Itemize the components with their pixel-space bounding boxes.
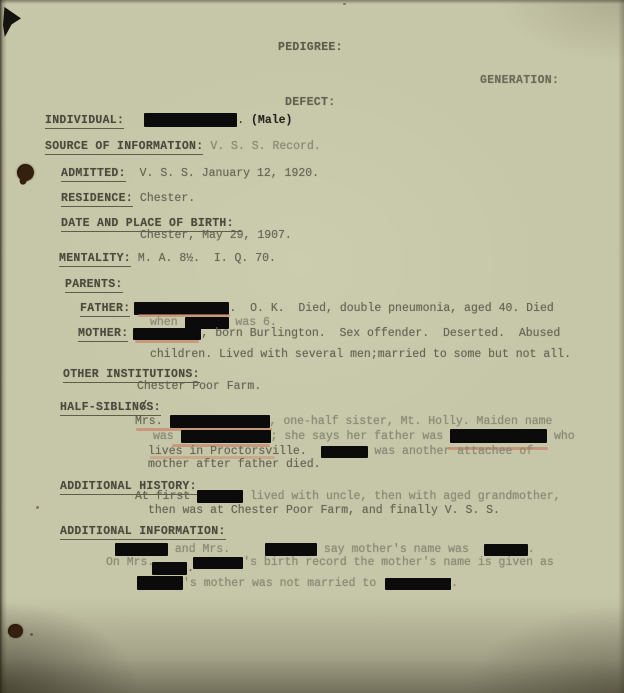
- redaction-box: [385, 578, 451, 590]
- birth-value: Chester, May 29, 1907.: [140, 229, 292, 242]
- individual-label: INDIVIDUAL:: [45, 114, 124, 129]
- additional-information-line-4: 's mother was not married to .: [137, 576, 458, 590]
- parents-label: PARENTS:: [65, 278, 123, 293]
- mother-text: , born Burlington. Sex offender. Deserte…: [201, 327, 560, 340]
- redaction-box: [152, 562, 187, 575]
- additional-information-row: ADDITIONAL INFORMATION:: [60, 525, 226, 538]
- redaction-box: [484, 544, 528, 556]
- birth-value-row: Chester, May 29, 1907.: [140, 229, 292, 242]
- residence-row: RESIDENCE: Chester.: [61, 192, 195, 205]
- redaction-box: [321, 446, 368, 458]
- scanned-pedigree-document: PEDIGREE: GENERATION: DEFECT: INDIVIDUAL…: [0, 0, 624, 693]
- redaction-box: [265, 543, 317, 556]
- paper-speck: [343, 3, 346, 5]
- admitted-row: ADMITTED: V. S. S. January 12, 1920.: [61, 167, 319, 180]
- redaction-box: [144, 113, 237, 127]
- corner-mark: [3, 7, 21, 37]
- additional-information-text: 's birth record the mother's name is giv…: [243, 556, 554, 569]
- additional-history-text: At first: [135, 490, 197, 503]
- source-label: SOURCE OF INFORMATION:: [45, 140, 203, 155]
- other-institutions-value-row: Chester Poor Farm.: [137, 380, 261, 393]
- mother-text: children. Lived with several men;married…: [150, 348, 571, 361]
- additional-history-line-2: then was at Chester Poor Farm, and final…: [148, 504, 500, 517]
- additional-information-line-1: and Mrs. say mother's name was .: [115, 543, 535, 556]
- half-siblings-text: who: [547, 430, 575, 443]
- additional-information-text: and Mrs.: [168, 543, 237, 556]
- half-siblings-text: Mrs.: [135, 415, 170, 428]
- mentality-row: MENTALITY: M. A. 8½. I. Q. 70.: [59, 252, 276, 265]
- half-siblings-text: , one-half sister, Mt. Holly. Maiden nam…: [270, 415, 553, 428]
- redaction-box: [197, 490, 243, 503]
- pedigree-label: PEDIGREE:: [278, 41, 343, 54]
- father-label: FATHER:: [80, 302, 130, 317]
- redaction-box: [115, 543, 168, 556]
- individual-after: .: [237, 114, 251, 127]
- generation-label: GENERATION:: [480, 74, 559, 87]
- half-siblings-text: was another attachee of: [368, 445, 534, 458]
- mother-row: MOTHER:, born Burlington. Sex offender. …: [78, 327, 560, 340]
- defect-label: DEFECT:: [285, 96, 335, 109]
- half-siblings-line-2: was ; she says her father was who: [153, 429, 575, 443]
- admitted-label: ADMITTED:: [61, 167, 126, 182]
- individual-row: INDIVIDUAL:. (Male): [45, 113, 292, 127]
- source-row: SOURCE OF INFORMATION: V. S. S. Record.: [45, 140, 321, 153]
- half-siblings-text: mother after father died.: [148, 458, 321, 471]
- half-siblings-text: ; she says her father was: [271, 430, 450, 443]
- pedigree-heading: PEDIGREE:: [278, 41, 343, 54]
- mother-label: MOTHER:: [78, 327, 128, 342]
- redaction-box: [137, 576, 183, 590]
- residence-label: RESIDENCE:: [61, 192, 133, 207]
- red-underline: [138, 314, 230, 317]
- defect-heading: DEFECT:: [285, 96, 335, 109]
- parents-row: PARENTS:: [65, 278, 123, 291]
- additional-information-text: .: [528, 543, 535, 556]
- punch-hole-top: [15, 162, 35, 182]
- overstrike-slash: /: [140, 399, 147, 413]
- other-institutions-value: Chester Poor Farm.: [137, 380, 261, 393]
- additional-information-text: say mother's name was: [317, 543, 476, 556]
- paper-speck: [36, 506, 39, 509]
- mother-row-2: children. Lived with several men;married…: [150, 348, 571, 361]
- redaction-box: [181, 430, 271, 443]
- additional-information-line-3: .: [152, 562, 194, 575]
- residence-value: Chester.: [133, 192, 195, 205]
- punch-hole-bottom: [8, 624, 23, 638]
- red-underline: [135, 340, 199, 343]
- additional-information-label: ADDITIONAL INFORMATION:: [60, 525, 226, 540]
- half-siblings-line-1: Mrs. , one-half sister, Mt. Holly. Maide…: [135, 415, 552, 428]
- additional-information-text: .: [187, 562, 194, 575]
- admitted-value: V. S. S. January 12, 1920.: [126, 167, 319, 180]
- redaction-box: [170, 415, 270, 428]
- source-value: V. S. S. Record.: [203, 140, 320, 153]
- additional-history-text: lived with uncle, then with aged grandmo…: [243, 490, 560, 503]
- additional-history-line-1: At first lived with uncle, then with age…: [135, 490, 561, 503]
- redaction-box: [193, 557, 243, 569]
- generation-heading: GENERATION:: [480, 74, 559, 87]
- half-siblings-line-4: mother after father died.: [148, 458, 321, 471]
- father-text: . O. K. Died, double pneumonia, aged 40.…: [229, 302, 553, 315]
- additional-information-text: .: [451, 577, 458, 590]
- half-siblings-text: was: [153, 430, 181, 443]
- additional-history-text: then was at Chester Poor Farm, and final…: [148, 504, 500, 517]
- mentality-label: MENTALITY:: [59, 252, 131, 267]
- mentality-value: M. A. 8½. I. Q. 70.: [131, 252, 276, 265]
- additional-information-text: 's mother was not married to: [183, 577, 383, 590]
- redaction-box: [450, 429, 547, 443]
- individual-sex: (Male): [251, 114, 292, 127]
- redaction-box: [133, 328, 201, 340]
